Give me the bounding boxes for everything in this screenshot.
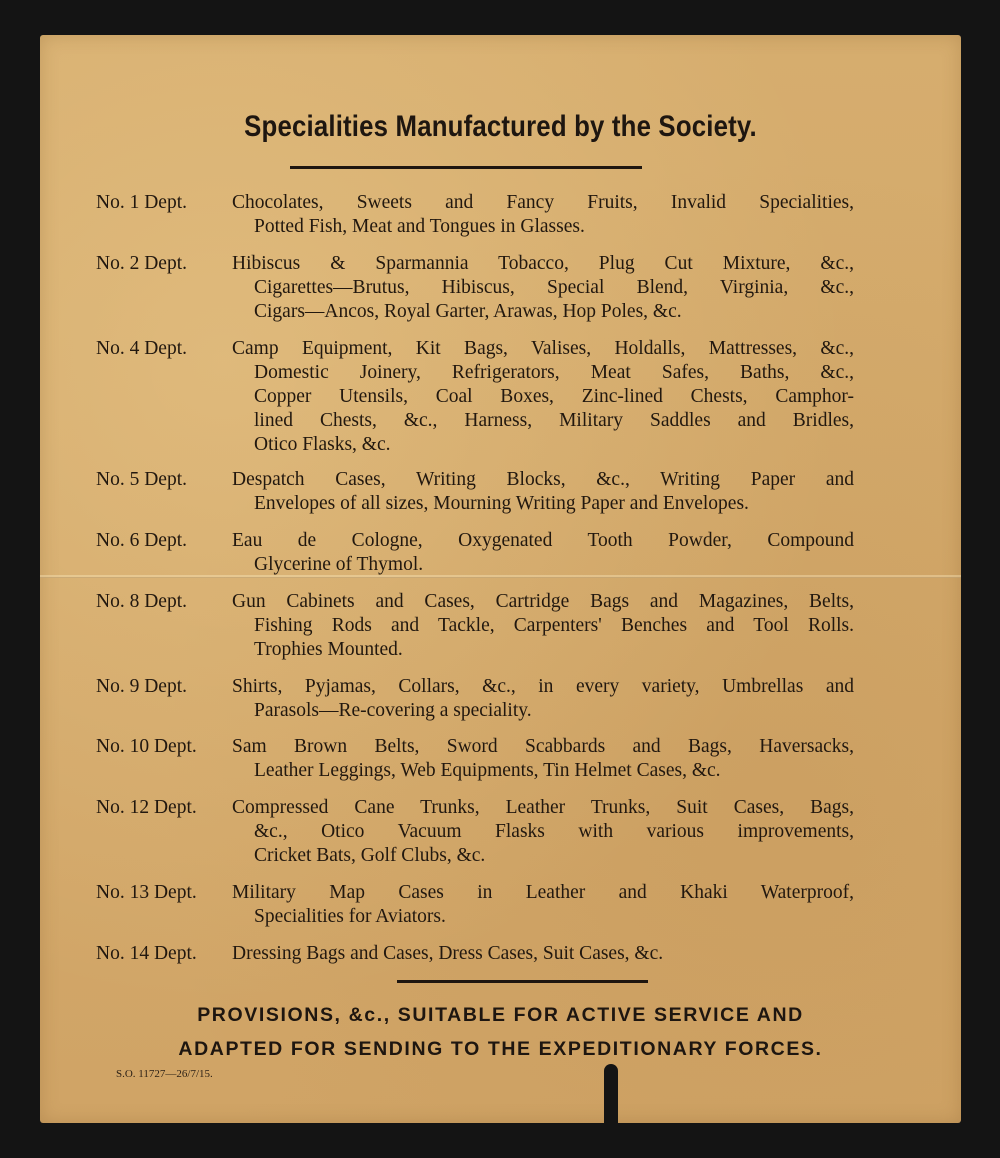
product-line: Cigars—Ancos, Royal Garter, Arawas, Hop … — [232, 300, 854, 324]
product-line: Cigarettes—Brutus, Hibiscus, Special Ble… — [232, 276, 854, 300]
product-line: Specialities for Aviators. — [232, 905, 854, 929]
paper-tear — [604, 1064, 618, 1124]
department-label: No. 1 Dept. — [96, 191, 226, 215]
product-line: lined Chests, &c., Harness, Military Sad… — [232, 409, 854, 433]
department-products: Chocolates, Sweets and Fancy Fruits, Inv… — [232, 191, 854, 239]
product-line: Chocolates, Sweets and Fancy Fruits, Inv… — [232, 191, 854, 215]
product-line: Domestic Joinery, Refrigerators, Meat Sa… — [232, 361, 854, 385]
product-line: Parasols—Re-covering a speciality. — [232, 699, 854, 723]
product-line: Sam Brown Belts, Sword Scabbards and Bag… — [232, 735, 854, 759]
product-line: Gun Cabinets and Cases, Cartridge Bags a… — [232, 590, 854, 614]
department-products: Shirts, Pyjamas, Collars, &c., in every … — [232, 675, 854, 723]
product-line: &c., Otico Vacuum Flasks with various im… — [232, 820, 854, 844]
product-line: Leather Leggings, Web Equipments, Tin He… — [232, 759, 854, 783]
department-label: No. 2 Dept. — [96, 252, 226, 276]
product-line: Camp Equipment, Kit Bags, Valises, Holda… — [232, 337, 854, 361]
product-line: Dressing Bags and Cases, Dress Cases, Su… — [232, 942, 854, 966]
product-line: Hibiscus & Sparmannia Tobacco, Plug Cut … — [232, 252, 854, 276]
product-line: Shirts, Pyjamas, Collars, &c., in every … — [232, 675, 854, 699]
product-line: Cricket Bats, Golf Clubs, &c. — [232, 844, 854, 868]
department-products: Gun Cabinets and Cases, Cartridge Bags a… — [232, 590, 854, 662]
footer-divider — [397, 980, 648, 983]
product-line: Eau de Cologne, Oxygenated Tooth Powder,… — [232, 529, 854, 553]
product-line: Potted Fish, Meat and Tongues in Glasses… — [232, 215, 854, 239]
footer-line-2: ADAPTED FOR SENDING TO THE EXPEDITIONARY… — [40, 1038, 961, 1061]
department-label: No. 5 Dept. — [96, 468, 226, 492]
product-line: Fishing Rods and Tackle, Carpenters' Ben… — [232, 614, 854, 638]
department-label: No. 6 Dept. — [96, 529, 226, 553]
footer-line-1: PROVISIONS, &c., SUITABLE FOR ACTIVE SER… — [40, 1004, 961, 1027]
product-line: Glycerine of Thymol. — [232, 553, 854, 577]
department-products: Military Map Cases in Leather and Khaki … — [232, 881, 854, 929]
print-code: S.O. 11727—26/7/15. — [116, 1068, 213, 1080]
department-label: No. 4 Dept. — [96, 337, 226, 361]
product-line: Otico Flasks, &c. — [232, 433, 854, 457]
page-title: Specialities Manufactured by the Society… — [104, 110, 896, 144]
title-divider — [290, 166, 642, 169]
department-label: No. 12 Dept. — [96, 796, 226, 820]
department-products: Compressed Cane Trunks, Leather Trunks, … — [232, 796, 854, 868]
department-label: No. 13 Dept. — [96, 881, 226, 905]
department-products: Hibiscus & Sparmannia Tobacco, Plug Cut … — [232, 252, 854, 324]
department-products: Eau de Cologne, Oxygenated Tooth Powder,… — [232, 529, 854, 577]
department-products: Dressing Bags and Cases, Dress Cases, Su… — [232, 942, 854, 966]
department-label: No. 14 Dept. — [96, 942, 226, 966]
department-products: Camp Equipment, Kit Bags, Valises, Holda… — [232, 337, 854, 457]
product-line: Military Map Cases in Leather and Khaki … — [232, 881, 854, 905]
product-line: Compressed Cane Trunks, Leather Trunks, … — [232, 796, 854, 820]
department-label: No. 8 Dept. — [96, 590, 226, 614]
product-line: Despatch Cases, Writing Blocks, &c., Wri… — [232, 468, 854, 492]
department-label: No. 10 Dept. — [96, 735, 226, 759]
department-products: Despatch Cases, Writing Blocks, &c., Wri… — [232, 468, 854, 516]
department-label: No. 9 Dept. — [96, 675, 226, 699]
product-line: Trophies Mounted. — [232, 638, 854, 662]
department-products: Sam Brown Belts, Sword Scabbards and Bag… — [232, 735, 854, 783]
product-line: Copper Utensils, Coal Boxes, Zinc-lined … — [232, 385, 854, 409]
product-line: Envelopes of all sizes, Mourning Writing… — [232, 492, 854, 516]
